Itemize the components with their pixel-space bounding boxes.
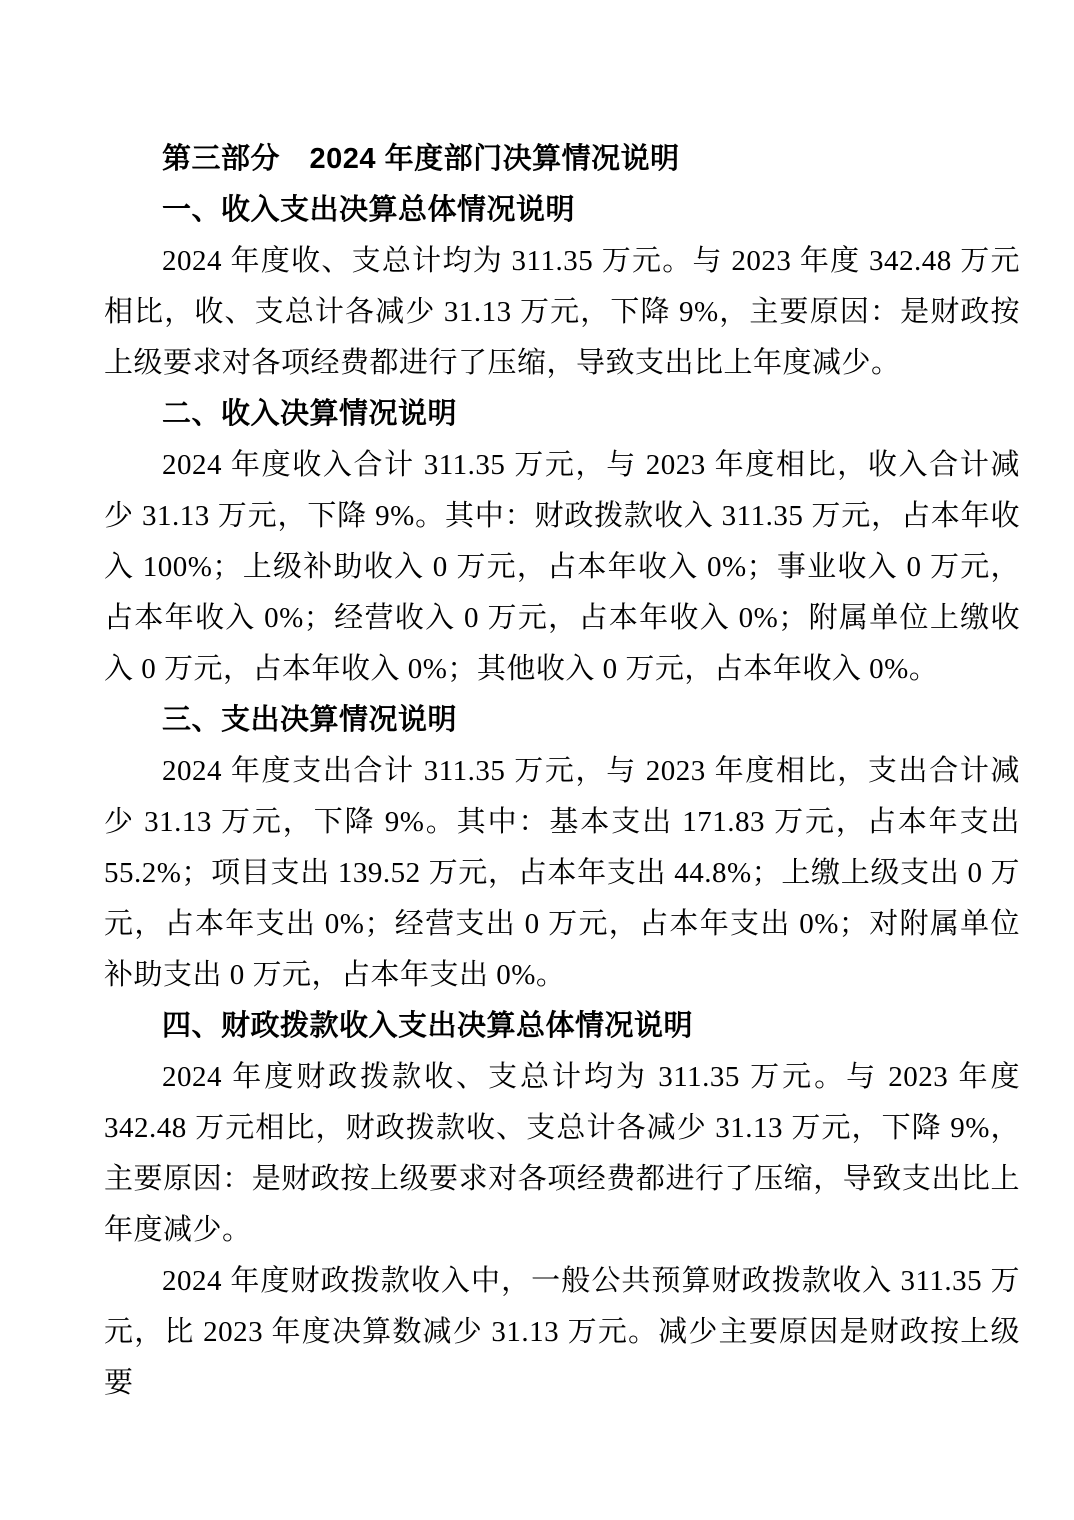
section-4-paragraph-1: 2024 年度财政拨款收、支总计均为 311.35 万元。与 2023 年度 3… [104, 1052, 1020, 1256]
part-title: 第三部分 2024 年度部门决算情况说明 [104, 134, 1020, 185]
section-1-heading: 一、收入支出决算总体情况说明 [104, 185, 1020, 236]
section-3-heading: 三、支出决算情况说明 [104, 695, 1020, 746]
section-2-heading: 二、收入决算情况说明 [104, 389, 1020, 440]
section-2-paragraph-1: 2024 年度收入合计 311.35 万元，与 2023 年度相比，收入合计减少… [104, 440, 1020, 695]
section-4-heading: 四、财政拨款收入支出决算总体情况说明 [104, 1001, 1020, 1052]
section-4-paragraph-2: 2024 年度财政拨款收入中，一般公共预算财政拨款收入 311.35 万元，比 … [104, 1256, 1020, 1409]
section-3-paragraph-1: 2024 年度支出合计 311.35 万元，与 2023 年度相比，支出合计减少… [104, 746, 1020, 1001]
document-page: 第三部分 2024 年度部门决算情况说明 一、收入支出决算总体情况说明 2024… [0, 0, 1074, 1520]
section-1-paragraph-1: 2024 年度收、支总计均为 311.35 万元。与 2023 年度 342.4… [104, 236, 1020, 389]
